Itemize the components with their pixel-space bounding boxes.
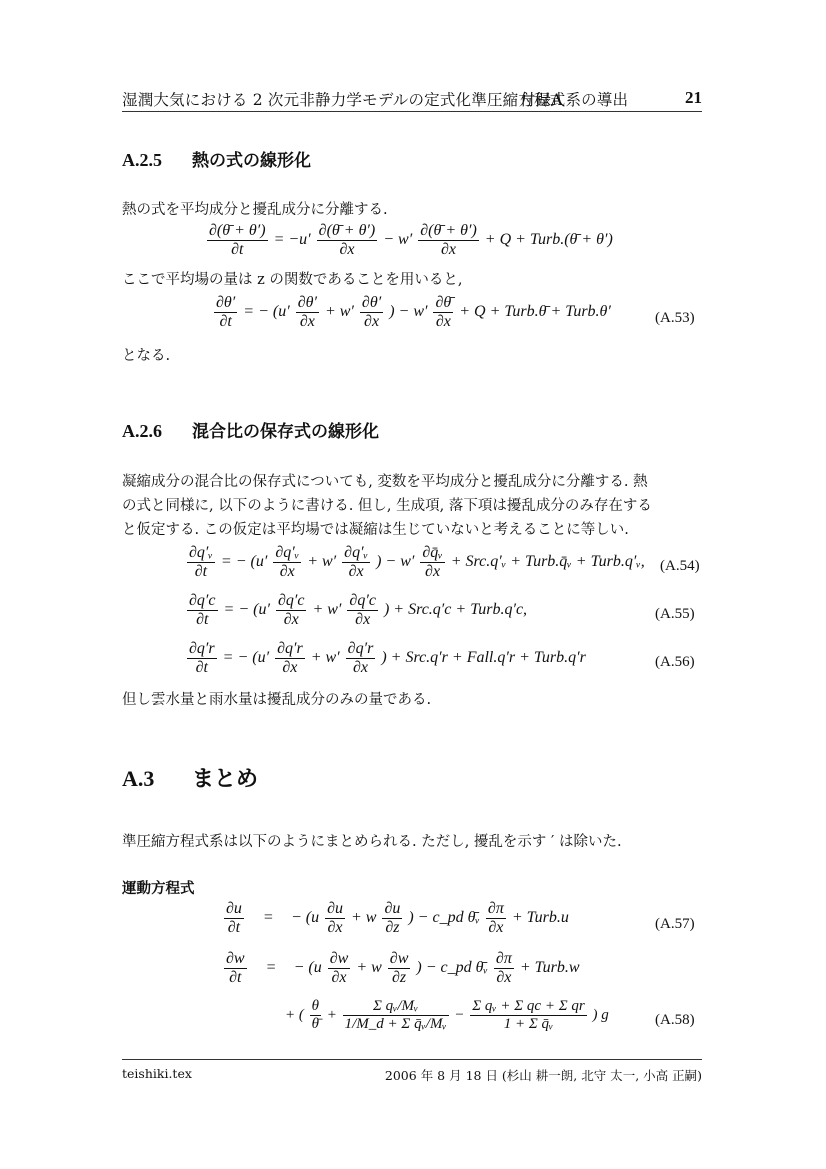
appendix-label: 付録A	[520, 88, 562, 110]
equation-a55: ∂q′c∂t = − (u′ ∂q′c∂x + w′ ∂q′c∂x ) + Sr…	[185, 592, 527, 629]
paragraph: 但し雲水量と雨水量は擾乱成分のみの量である.	[122, 688, 431, 713]
equation-a58-line2: + ( θθ̄ + Σ qᵥ/Mᵥ1/M_d + Σ q̄ᵥ/Mᵥ − Σ qᵥ…	[285, 998, 609, 1033]
section-title: 混合比の保存式の線形化	[192, 422, 379, 442]
fraction: ∂(θ̄ + θ′)∂t	[207, 222, 268, 259]
paragraph: 熱の式を平均成分と擾乱成分に分離する.	[122, 198, 388, 223]
equation-label: (A.53)	[655, 310, 695, 327]
paragraph-line: 凝縮成分の混合比の保存式についても, 変数を平均成分と擾乱成分に分離する. 熱	[122, 470, 648, 495]
equation-label: (A.54)	[660, 558, 700, 575]
equation-label: (A.55)	[655, 606, 695, 623]
subheading: 運動方程式	[122, 876, 195, 901]
equation-label: (A.58)	[655, 1012, 695, 1029]
page-number: 21	[685, 88, 702, 108]
footer-filename: teishiki.tex	[122, 1066, 192, 1081]
running-header: 湿潤大気における 2 次元非静力学モデルの定式化準圧縮方程式系の導出 付録A 2…	[122, 88, 702, 110]
paragraph-line: の式と同様に, 以下のように書ける. 但し, 生成項, 落下項は擾乱成分のみ存在…	[122, 494, 652, 519]
fraction: ∂(θ̄ + θ′)∂x	[418, 222, 479, 259]
section-heading-a3: A.3まとめ	[122, 762, 258, 793]
equation-a56: ∂q′r∂t = − (u′ ∂q′r∂x + w′ ∂q′r∂x ) + Sr…	[185, 640, 586, 677]
equation-label: (A.57)	[655, 916, 695, 933]
section-number: A.2.6	[122, 421, 192, 442]
section-heading-a25: A.2.5熱の式の線形化	[122, 146, 311, 171]
equation-a53: ∂θ′∂t = − (u′ ∂θ′∂x + w′ ∂θ′∂x ) − w′ ∂θ…	[212, 294, 611, 331]
section-number: A.3	[122, 766, 192, 792]
equation-a58-line1: ∂w∂t = − (u ∂w∂x + w ∂w∂z ) − c_pd θ̄ᵥ ∂…	[222, 950, 580, 987]
equation-a57: ∂u∂t = − (u ∂u∂x + w ∂u∂z ) − c_pd θ̄ᵥ ∂…	[222, 900, 569, 937]
paragraph: 準圧縮方程式系は以下のようにまとめられる. ただし, 擾乱を示す ′ は除いた.	[122, 830, 622, 855]
paragraph-line: と仮定する. この仮定は平均場では凝縮は生じていないと考えることに等しい.	[122, 518, 629, 543]
section-heading-a26: A.2.6混合比の保存式の線形化	[122, 417, 379, 442]
footer-rule	[122, 1059, 702, 1060]
fraction: ∂(θ̄ + θ′)∂x	[317, 222, 378, 259]
paragraph: ここで平均場の量は z の関数であることを用いると,	[122, 268, 462, 293]
paragraph: となる.	[122, 344, 170, 369]
equation-a54: ∂q′ᵥ∂t = − (u′ ∂q′ᵥ∂x + w′ ∂q′ᵥ∂x ) − w′…	[185, 544, 645, 581]
footer-date-authors: 2006 年 8 月 18 日 (杉山 耕一朗, 北守 太一, 小高 正嗣)	[385, 1066, 702, 1084]
header-rule	[122, 111, 702, 112]
equation-label: (A.56)	[655, 654, 695, 671]
equation-heat-split: ∂(θ̄ + θ′)∂t = −u′ ∂(θ̄ + θ′)∂x − w′ ∂(θ…	[205, 222, 613, 259]
section-number: A.2.5	[122, 150, 192, 171]
section-title: 熱の式の線形化	[192, 151, 311, 171]
section-title: まとめ	[192, 766, 258, 792]
